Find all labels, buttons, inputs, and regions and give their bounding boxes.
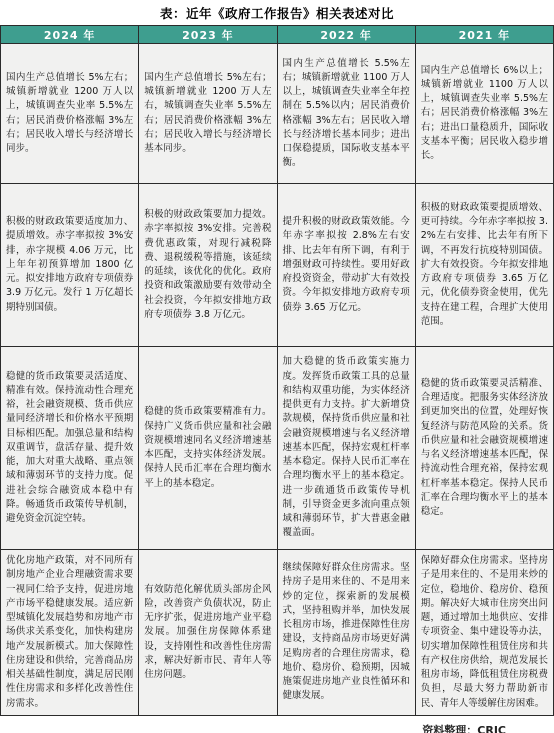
cell-monetary-policy-2021: 稳健的货币政策要灵活精准、合理适度。把服务实体经济放到更加突出的位置，处理好恢复… [415,347,553,550]
column-header-2023: 2023 年 [139,26,277,44]
report-comparison-page: 表：近年《政府工作报告》相关表述对比 2024 年 2023 年 2022 年 … [0,0,554,733]
column-header-2021: 2021 年 [415,26,553,44]
row-housing-policy: 优化房地产政策，对不同所有制房地产企业合理融资需求要一视同仁给予支持，促进房地产… [1,550,554,716]
cell-fiscal-policy-2024: 积极的财政政策要适度加力、提质增效。赤字率拟按 3%安排，赤字规模 4.06 万… [1,184,139,347]
column-header-2024: 2024 年 [1,26,139,44]
table-body: 国内生产总值增长 5%左右；城镇新增就业 1200 万人以上，城镇调查失业率 5… [1,44,554,716]
row-growth-targets: 国内生产总值增长 5%左右；城镇新增就业 1200 万人以上，城镇调查失业率 5… [1,44,554,184]
row-fiscal-policy: 积极的财政政策要适度加力、提质增效。赤字率拟按 3%安排，赤字规模 4.06 万… [1,184,554,347]
cell-fiscal-policy-2021: 积极的财政政策要提质增效、更可持续。今年赤字率拟按 3.2%左右安排、比去年有所… [415,184,553,347]
cell-monetary-policy-2024: 稳健的货币政策要灵活适度、精准有效。保持流动性合理充裕，社会融资规模、货币供应量… [1,347,139,550]
cell-fiscal-policy-2022: 提升积极的财政政策效能。今年赤字率拟按 2.8%左右安排、比去年有所下调，有利于… [277,184,415,347]
header-row: 2024 年 2023 年 2022 年 2021 年 [1,26,554,44]
cell-housing-policy-2021: 保障好群众住房需求。坚持房子是用来住的、不是用来炒的定位，稳地价、稳房价、稳预期… [415,550,553,716]
cell-housing-policy-2022: 继续保障好群众住房需求。坚持房子是用来住的、不是用来炒的定位，探索新的发展模式，… [277,550,415,716]
source-credit: 资料整理：CRIC [0,716,554,733]
table-title: 表：近年《政府工作报告》相关表述对比 [0,0,554,25]
cell-fiscal-policy-2023: 积极的财政政策要加力提效。赤字率拟按 3%安排。完善税费优惠政策，对现行减税降费… [139,184,277,347]
cell-housing-policy-2024: 优化房地产政策，对不同所有制房地产企业合理融资需求要一视同仁给予支持，促进房地产… [1,550,139,716]
cell-monetary-policy-2023: 稳健的货币政策要精准有力。保持广义货币供应量和社会融资规模增速同名义经济增速基本… [139,347,277,550]
row-monetary-policy: 稳健的货币政策要灵活适度、精准有效。保持流动性合理充裕，社会融资规模、货币供应量… [1,347,554,550]
cell-growth-targets-2024: 国内生产总值增长 5%左右；城镇新增就业 1200 万人以上，城镇调查失业率 5… [1,44,139,184]
cell-housing-policy-2023: 有效防范化解优质头部房企风险，改善资产负债状况，防止无序扩张，促进房地产业平稳发… [139,550,277,716]
cell-growth-targets-2023: 国内生产总值增长 5%左右；城镇新增就业 1200 万人左右，城镇调查失业率 5… [139,44,277,184]
cell-growth-targets-2021: 国内生产总值增长 6%以上；城镇新增就业 1100 万人以上，城镇调查失业率 5… [415,44,553,184]
table-header: 2024 年 2023 年 2022 年 2021 年 [1,26,554,44]
column-header-2022: 2022 年 [277,26,415,44]
cell-growth-targets-2022: 国内生产总值增长 5.5%左右；城镇新增就业 1100 万人以上，城镇调查失业率… [277,44,415,184]
gov-work-report-comparison-table: 2024 年 2023 年 2022 年 2021 年 国内生产总值增长 5%左… [0,25,554,716]
cell-monetary-policy-2022: 加大稳健的货币政策实施力度。发挥货币政策工具的总量和结构双重功能，为实体经济提供… [277,347,415,550]
